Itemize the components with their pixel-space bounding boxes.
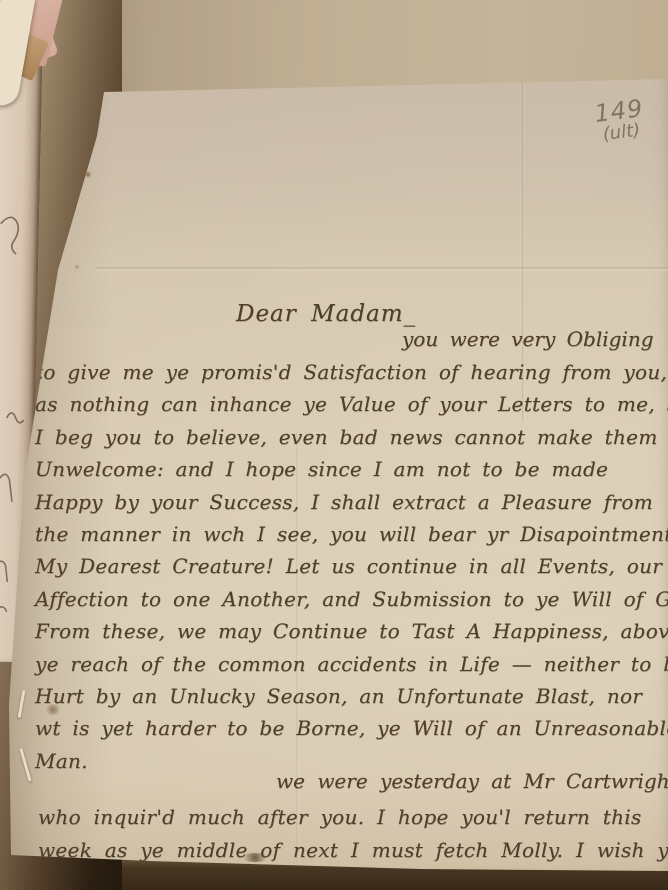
squiggle-stroke bbox=[0, 474, 13, 502]
letter-line: to give me ye promis'd Satisfaction of h… bbox=[35, 356, 668, 388]
opening-line: you were very Obliging bbox=[402, 327, 654, 351]
letter-line: From these, we may Continue to Tast A Ha… bbox=[35, 615, 668, 647]
letter-line: Unwelcome: and I hope since I am not to … bbox=[35, 453, 668, 485]
letter-line: the manner in wch I see, you will bear y… bbox=[35, 518, 668, 550]
salutation: Dear Madam_ bbox=[236, 301, 416, 327]
letter-line: ye reach of the common accidents in Life… bbox=[35, 648, 668, 680]
squiggle-stroke bbox=[0, 561, 8, 612]
letter-line-text: to give me ye promis'd Satisfaction of h… bbox=[35, 360, 667, 384]
manuscript-photo: 149 (ult) Dear Madam_ you were very Obli… bbox=[0, 0, 668, 890]
letter-line: wt is yet harder to be Borne, ye Will of… bbox=[35, 712, 668, 744]
letter-line: as nothing can inhance ye Value of your … bbox=[35, 388, 668, 420]
paragraph-2-opening: we were yesterday at Mr Cartwrights bbox=[276, 769, 668, 793]
letter-line: Happy by your Success, I shall extract a… bbox=[35, 486, 668, 518]
letter-text: Dear Madam_ you were very Obliging to gi… bbox=[0, 0, 668, 890]
letter-line: I beg you to believe, even bad news cann… bbox=[35, 421, 668, 453]
letter-line: who inquir'd much after you. I hope you'… bbox=[38, 801, 668, 834]
squiggle-stroke bbox=[0, 217, 18, 254]
letter-line: Hurt by an Unlucky Season, an Unfortunat… bbox=[35, 680, 668, 712]
paragraph-2: who inquir'd much after you. I hope you'… bbox=[38, 801, 668, 866]
paragraph-1: to give me ye promis'd Satisfaction of h… bbox=[35, 356, 668, 777]
squiggle-stroke bbox=[7, 413, 24, 423]
letter-line: My Dearest Creature! Let us continue in … bbox=[35, 550, 668, 582]
letter-page: 149 (ult) Dear Madam_ you were very Obli… bbox=[0, 0, 668, 890]
letter-line: Affection to one Another, and Submission… bbox=[35, 583, 668, 615]
